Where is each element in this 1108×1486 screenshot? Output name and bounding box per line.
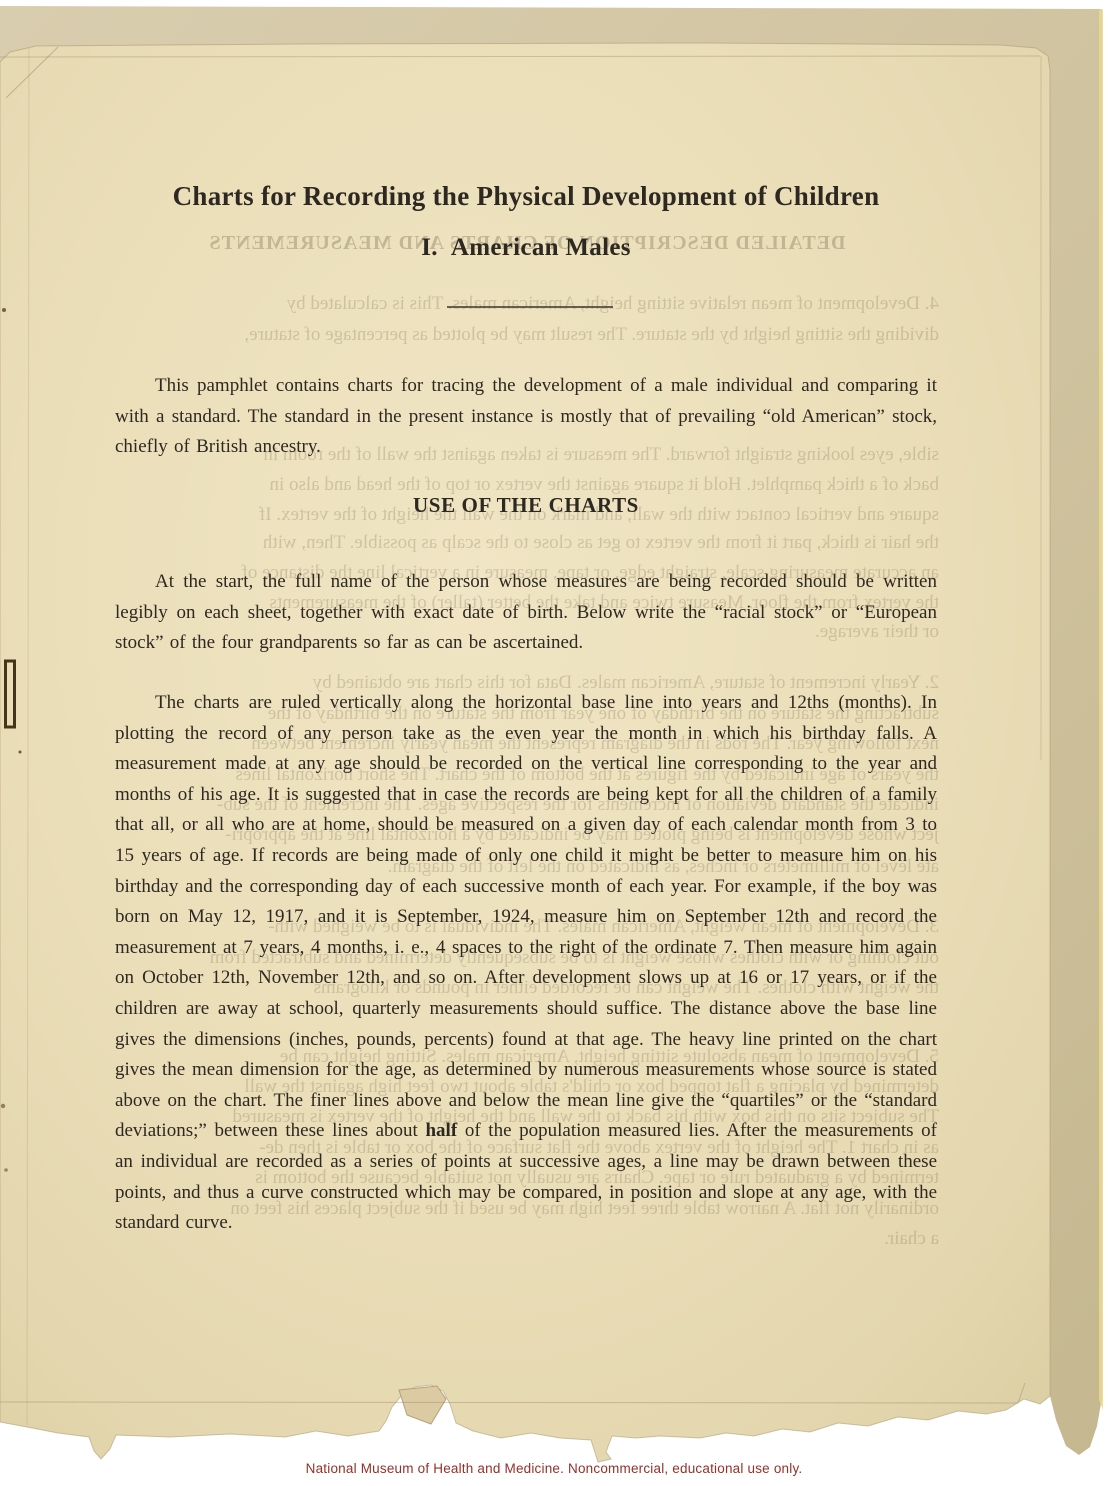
instructions-paragraph: At the start, the full name of the perso… — [115, 567, 937, 659]
page-subtitle: I. American Males — [115, 234, 937, 262]
charts-usage-paragraph: The charts are ruled vertically along th… — [115, 688, 937, 1239]
charts-usage-bold-word: half — [425, 1120, 457, 1141]
museum-credit-line: National Museum of Health and Medicine. … — [0, 1461, 1108, 1476]
title-divider-rule — [447, 306, 613, 308]
paper-speck — [4, 1168, 8, 1172]
paper-speck — [1, 1104, 5, 1108]
page-title: Charts for Recording the Physical Develo… — [115, 181, 937, 212]
page-edge-sliver — [1099, 9, 1103, 1410]
paper-speck — [2, 308, 6, 312]
intro-paragraph: This pamphlet contains charts for tracin… — [115, 371, 937, 463]
charts-usage-text-a: The charts are ruled vertically along th… — [115, 692, 937, 1141]
page-content: Charts for Recording the Physical Develo… — [115, 0, 937, 1486]
paper-speck — [19, 751, 22, 754]
scanned-pamphlet-page: DETAILED DESCRIPTION OF CHARTS AND MEASU… — [0, 0, 1108, 1486]
section-heading: USE OF THE CHARTS — [115, 493, 937, 518]
